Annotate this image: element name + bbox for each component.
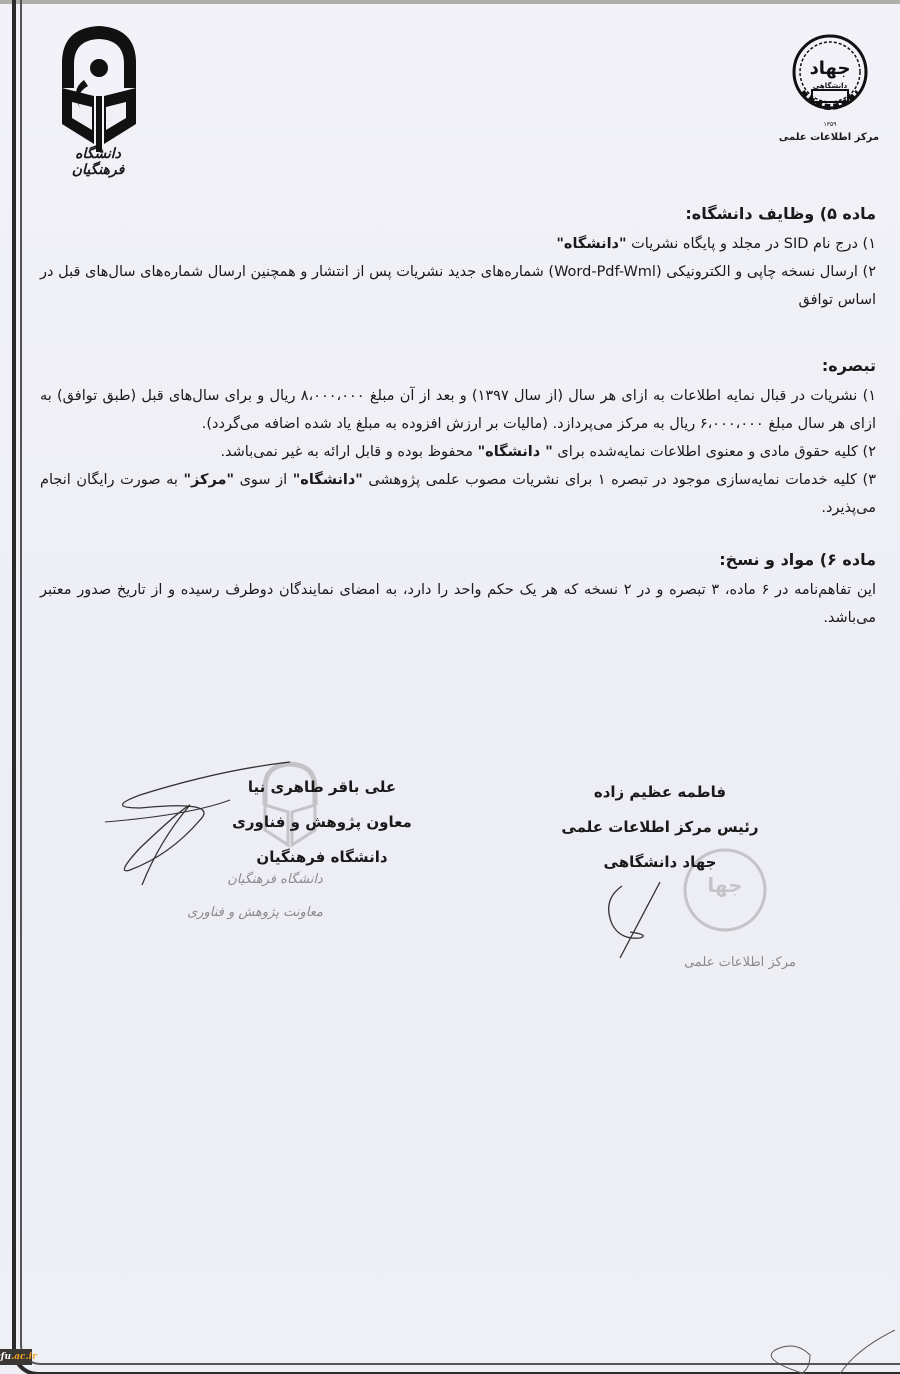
document-body: ماده ۵) وظایف دانشگاه: ۱) درج نام SID در…: [40, 198, 876, 632]
document-page: دانشگاه فرهنگیان جهاد دانشگاهی ۱۳۵۹ مرکز…: [0, 0, 900, 1374]
signature-scribble-right-icon: [600, 880, 680, 960]
svg-text:جهاد: جهاد: [810, 58, 851, 79]
note-item-3: ۳) کلیه خدمات نمایه‌سازی موجود در تبصره …: [40, 466, 876, 522]
signatory-org-right: جهاد دانشگاهی: [555, 845, 765, 880]
left-logo-caption: دانشگاه فرهنگیان: [48, 146, 148, 178]
note-item-1: ۱) نشریات در قبال نمایه اطلاعات به ازای …: [40, 382, 876, 438]
right-logo-caption: مرکز اطلاعات علمی: [770, 132, 888, 143]
note-item-2: ۲) کلیه حقوق مادی و معنوی اطلاعات نمایه‌…: [40, 438, 876, 466]
article5-item-2: ۲) ارسال نسخه چاپی و الکترونیکی (Word-Pd…: [40, 258, 876, 314]
svg-text:۱۳۵۹: ۱۳۵۹: [824, 121, 837, 128]
signatory-name-right: فاطمه عظیم زاده: [555, 775, 765, 810]
stamp-text-left-2: معاونت پژوهش و فناوری: [175, 905, 335, 920]
signatory-title-right: رئیس مرکز اطلاعات علمی: [555, 810, 765, 845]
article6-text: این تفاهم‌نامه در ۶ ماده، ۳ تبصره و در ۲…: [40, 576, 876, 632]
signature-scribble-left-icon: [100, 760, 300, 890]
site-watermark: cfu.ac.ir: [0, 1349, 32, 1365]
pen-mark-icon: [755, 1330, 900, 1374]
jahad-daneshgahi-logo-icon: جهاد دانشگاهی ۱۳۵۹: [790, 22, 870, 132]
svg-text:دانشگاهی: دانشگاهی: [813, 81, 848, 90]
article5-heading: ماده ۵) وظایف دانشگاه:: [40, 198, 876, 230]
note-heading: تبصره:: [40, 350, 876, 382]
article5-item-1: ۱) درج نام SID در مجلد و پایگاه نشریات "…: [40, 230, 876, 258]
stamp-text-right: مرکز اطلاعات علمی: [680, 955, 800, 970]
article6-heading: ماده ۶) مواد و نسخ:: [40, 544, 876, 576]
signature-block-right: فاطمه عظیم زاده رئیس مرکز اطلاعات علمی ج…: [555, 775, 765, 880]
